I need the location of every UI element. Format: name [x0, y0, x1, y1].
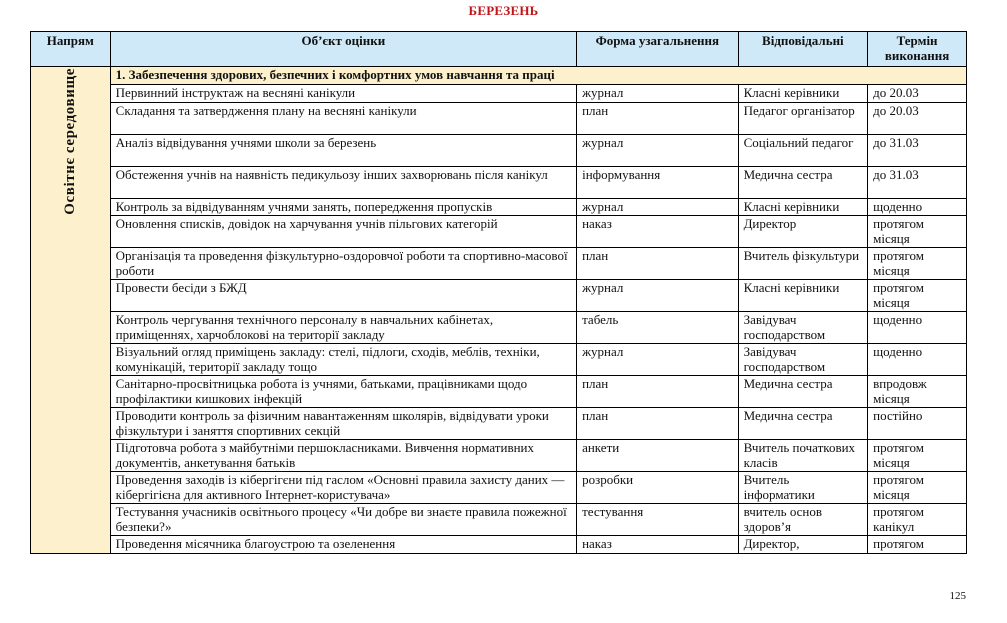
table-row: Проведення заходів із кібергігєни під га… — [31, 472, 967, 504]
table-row: Провести бесіди з БЖДжурналКласні керівн… — [31, 280, 967, 312]
cell-form: журнал — [577, 134, 738, 166]
cell-object: Проводити контроль за фізичним навантаже… — [110, 408, 576, 440]
cell-form: анкети — [577, 440, 738, 472]
plan-table: Напрям Об’єкт оцінки Форма узагальнення … — [30, 31, 967, 554]
cell-responsible: Педагог організатор — [738, 102, 868, 134]
cell-form: наказ — [577, 216, 738, 248]
cell-form: журнал — [577, 198, 738, 216]
cell-form: розробки — [577, 472, 738, 504]
cell-responsible: Вчитель інформатики — [738, 472, 868, 504]
cell-object: Санітарно-просвітницька робота із учнями… — [110, 376, 576, 408]
cell-responsible: Завідувач господарством — [738, 344, 868, 376]
cell-responsible: Соціальний педагог — [738, 134, 868, 166]
cell-form: наказ — [577, 536, 738, 554]
header-responsible: Відповідальні — [738, 32, 868, 67]
table-row: Проводити контроль за фізичним навантаже… — [31, 408, 967, 440]
cell-term: щоденно — [868, 312, 967, 344]
cell-form: журнал — [577, 280, 738, 312]
table-header-row: Напрям Об’єкт оцінки Форма узагальнення … — [31, 32, 967, 67]
table-row: Проведення місячника благоустрою та озел… — [31, 536, 967, 554]
cell-responsible: Вчитель початкових класів — [738, 440, 868, 472]
table-row: Контроль чергування технічного персоналу… — [31, 312, 967, 344]
table-row: Підготовча робота з майбутніми першоклас… — [31, 440, 967, 472]
table-row: Аналіз відвідування учнями школи за бере… — [31, 134, 967, 166]
cell-form: план — [577, 248, 738, 280]
cell-term: впродовж місяця — [868, 376, 967, 408]
cell-object: Провести бесіди з БЖД — [110, 280, 576, 312]
cell-form: план — [577, 376, 738, 408]
cell-term: протягом місяця — [868, 216, 967, 248]
cell-term: протягом місяця — [868, 280, 967, 312]
cell-object: Проведення заходів із кібергігєни під га… — [110, 472, 576, 504]
cell-responsible: Завідувач господарством — [738, 312, 868, 344]
cell-term: до 20.03 — [868, 102, 967, 134]
cell-responsible: Медична сестра — [738, 376, 868, 408]
cell-object: Обстеження учнів на наявність педикульоз… — [110, 166, 576, 198]
table-row: Візуальний огляд приміщень закладу: стел… — [31, 344, 967, 376]
cell-form: журнал — [577, 344, 738, 376]
cell-object: Оновлення списків, довідок на харчування… — [110, 216, 576, 248]
table-row: Тестування учасників освітнього процесу … — [31, 504, 967, 536]
cell-form: інформування — [577, 166, 738, 198]
cell-responsible: Класні керівники — [738, 198, 868, 216]
cell-object: Первинний інструктаж на весняні канікули — [110, 85, 576, 103]
cell-form: план — [577, 408, 738, 440]
cell-responsible: Директор, — [738, 536, 868, 554]
cell-term: протягом місяця — [868, 472, 967, 504]
direction-label: Освітнє середовище — [63, 68, 78, 215]
cell-term: щоденно — [868, 198, 967, 216]
table-row: Оновлення списків, довідок на харчування… — [31, 216, 967, 248]
cell-term: до 20.03 — [868, 85, 967, 103]
section-row: Освітнє середовище 1. Забезпечення здоро… — [31, 67, 967, 85]
cell-object: Тестування учасників освітнього процесу … — [110, 504, 576, 536]
header-direction: Напрям — [31, 32, 111, 67]
cell-responsible: Медична сестра — [738, 408, 868, 440]
cell-object: Контроль чергування технічного персоналу… — [110, 312, 576, 344]
section-title: 1. Забезпечення здорових, безпечних і ко… — [110, 67, 966, 85]
table-row: Санітарно-просвітницька робота із учнями… — [31, 376, 967, 408]
header-object: Об’єкт оцінки — [110, 32, 576, 67]
cell-term: постійно — [868, 408, 967, 440]
cell-object: Організація та проведення фізкультурно-о… — [110, 248, 576, 280]
cell-responsible: вчитель основ здоров’я — [738, 504, 868, 536]
cell-object: Контроль за відвідуванням учнями занять,… — [110, 198, 576, 216]
cell-form: журнал — [577, 85, 738, 103]
page-title: БЕРЕЗЕНЬ — [0, 3, 1007, 19]
header-term: Термін виконання — [868, 32, 967, 67]
cell-form: тестування — [577, 504, 738, 536]
cell-responsible: Вчитель фізкультури — [738, 248, 868, 280]
page-number: 125 — [950, 590, 967, 602]
cell-responsible: Класні керівники — [738, 85, 868, 103]
cell-term: щоденно — [868, 344, 967, 376]
cell-object: Підготовча робота з майбутніми першоклас… — [110, 440, 576, 472]
cell-term: протягом — [868, 536, 967, 554]
header-form: Форма узагальнення — [577, 32, 738, 67]
cell-term: протягом місяця — [868, 248, 967, 280]
table-row: Обстеження учнів на наявність педикульоз… — [31, 166, 967, 198]
table-row: Первинний інструктаж на весняні канікули… — [31, 85, 967, 103]
cell-term: до 31.03 — [868, 134, 967, 166]
cell-object: Складання та затвердження плану на весня… — [110, 102, 576, 134]
cell-object: Аналіз відвідування учнями школи за бере… — [110, 134, 576, 166]
cell-term: протягом канікул — [868, 504, 967, 536]
cell-term: до 31.03 — [868, 166, 967, 198]
table-row: Складання та затвердження плану на весня… — [31, 102, 967, 134]
cell-object: Візуальний огляд приміщень закладу: стел… — [110, 344, 576, 376]
cell-form: табель — [577, 312, 738, 344]
cell-responsible: Класні керівники — [738, 280, 868, 312]
table-row: Контроль за відвідуванням учнями занять,… — [31, 198, 967, 216]
cell-object: Проведення місячника благоустрою та озел… — [110, 536, 576, 554]
direction-cell: Освітнє середовище — [31, 67, 111, 554]
cell-form: план — [577, 102, 738, 134]
cell-term: протягом місяця — [868, 440, 967, 472]
table-row: Організація та проведення фізкультурно-о… — [31, 248, 967, 280]
cell-responsible: Медична сестра — [738, 166, 868, 198]
cell-responsible: Директор — [738, 216, 868, 248]
